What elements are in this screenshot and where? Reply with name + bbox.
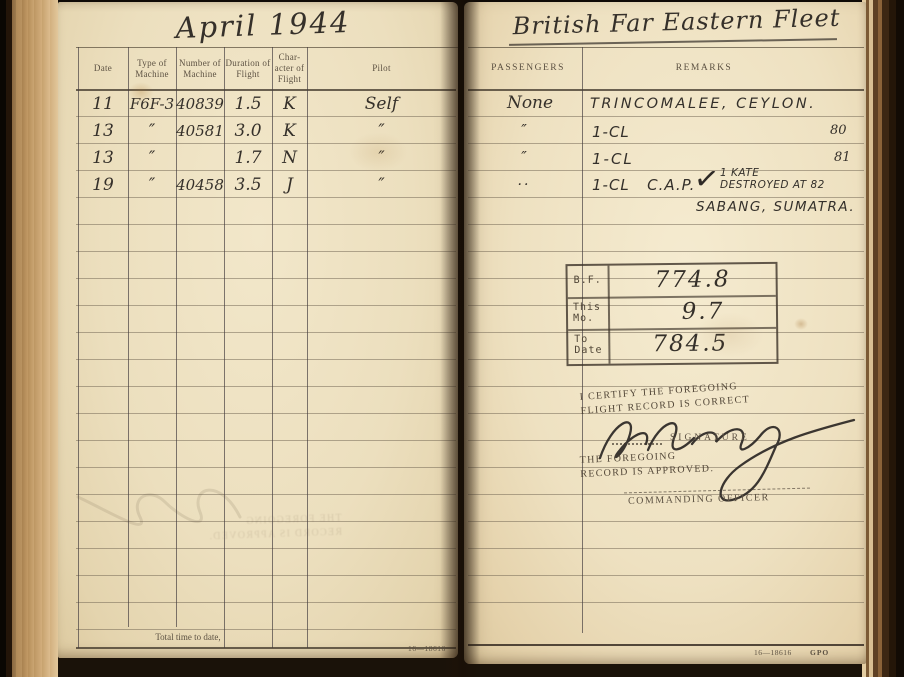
title-underline	[509, 38, 837, 45]
character-cell: K	[272, 90, 307, 117]
summary-value-this-mo: 9.7	[628, 298, 778, 326]
date-cell: 11	[78, 90, 128, 117]
header-remarks: REMARKS	[582, 63, 826, 73]
flight-row: 13 ″ 40581 3.0 K ″	[78, 117, 456, 144]
signature-dotted-line	[612, 443, 662, 445]
pilot-cell: ″	[307, 117, 456, 144]
summary-label-to-date: To Date	[574, 334, 600, 356]
duration-cell: 3.5	[224, 171, 272, 198]
annotation-line: 1 KATE	[720, 167, 825, 179]
remarks-cell: 1-CL C.A.P.	[592, 176, 695, 194]
month-title: April 1944	[157, 4, 368, 45]
flight-time-summary-box: B.F. This Mo. To Date 774.8 9.7 784.5	[565, 262, 778, 366]
passengers-cell: ″	[484, 121, 564, 139]
remarks-cell: TRINCOMALEE, CEYLON.	[590, 96, 816, 112]
header-pilot: Pilot	[307, 48, 456, 89]
left-page: April 1944 Date Type of Machine Number o…	[58, 2, 458, 658]
flight-row: 13 ″ 1.7 N ″	[78, 144, 456, 171]
header-type-of-machine: Type of Machine	[128, 48, 176, 89]
annotation-line: DESTROYED AT 82	[720, 179, 825, 191]
column-headers: Date Type of Machine Number of Machine D…	[78, 48, 456, 89]
page-stack-right	[862, 0, 904, 677]
summary-label-bf: B.F.	[574, 275, 608, 286]
header-passengers: PASSENGERS	[474, 63, 582, 73]
passengers-cell: ″	[484, 148, 564, 166]
bleed-through-signature	[70, 457, 250, 547]
duration-cell: 3.0	[224, 117, 272, 144]
logbook-photo: April 1944 Date Type of Machine Number o…	[0, 0, 904, 677]
kill-annotation: 1 KATE DESTROYED AT 82	[720, 167, 825, 191]
header-number-of-machine: Number of Machine	[176, 48, 224, 89]
passengers-cell: None	[482, 93, 578, 113]
page-stack-left	[0, 0, 58, 677]
remarks-cell: 1-CL	[592, 150, 634, 168]
character-cell: K	[272, 117, 307, 144]
pilot-cell: ″	[307, 171, 456, 198]
table-bottom-rule	[468, 644, 864, 646]
total-time-label: Total time to date,	[118, 632, 258, 642]
printer-mark: GPO	[810, 648, 829, 657]
flight-row: 11 F6F-3 40839 1.5 K Self	[78, 90, 456, 117]
table-top-rule	[468, 47, 864, 48]
header-date: Date	[78, 48, 128, 89]
signature-flourish	[586, 388, 862, 506]
signature-label: SIGNATURE	[670, 433, 750, 443]
number-cell: 40458	[176, 171, 224, 198]
pilot-cell: ″	[307, 144, 456, 171]
right-page: British Far Eastern Fleet PASSENGERS REM…	[464, 2, 866, 664]
summary-label-this-mo: This Mo.	[573, 302, 603, 324]
character-cell: J	[272, 171, 307, 198]
duration-cell: 1.7	[224, 144, 272, 171]
header-duration-of-flight: Duration of Flight	[224, 48, 272, 89]
character-cell: N	[272, 144, 307, 171]
number-cell	[176, 144, 224, 171]
date-cell: 19	[78, 171, 128, 198]
summary-value-bf: 774.8	[618, 266, 768, 294]
type-cell: ″	[128, 117, 176, 144]
check-mark: ✓	[692, 160, 722, 198]
type-cell: ″	[128, 144, 176, 171]
number-cell: 40581	[176, 117, 224, 144]
hours-number: 81	[834, 150, 851, 165]
summary-value-to-date: 784.5	[610, 330, 770, 358]
form-number-right: 16—18616	[754, 648, 792, 657]
date-cell: 13	[78, 117, 128, 144]
flight-row: 19 ″ 40458 3.5 J ″	[78, 171, 456, 198]
remarks-cell: 1-CL	[592, 123, 630, 141]
number-cell: 40839	[176, 90, 224, 117]
hours-number: 80	[830, 123, 847, 138]
table-bottom-rule	[76, 647, 456, 649]
type-cell: ″	[128, 171, 176, 198]
header-character-of-flight: Char- acter of Flight	[272, 48, 307, 89]
type-cell: F6F-3	[128, 90, 176, 117]
remarks-continued: SABANG, SUMATRA.	[696, 199, 855, 215]
form-number-left: 16—18616	[408, 644, 446, 653]
pilot-cell: Self	[307, 90, 456, 117]
duration-cell: 1.5	[224, 90, 272, 117]
passengers-cell: ··	[484, 177, 564, 193]
fleet-title: British Far Eastern Fleet	[504, 3, 850, 40]
date-cell: 13	[78, 144, 128, 171]
